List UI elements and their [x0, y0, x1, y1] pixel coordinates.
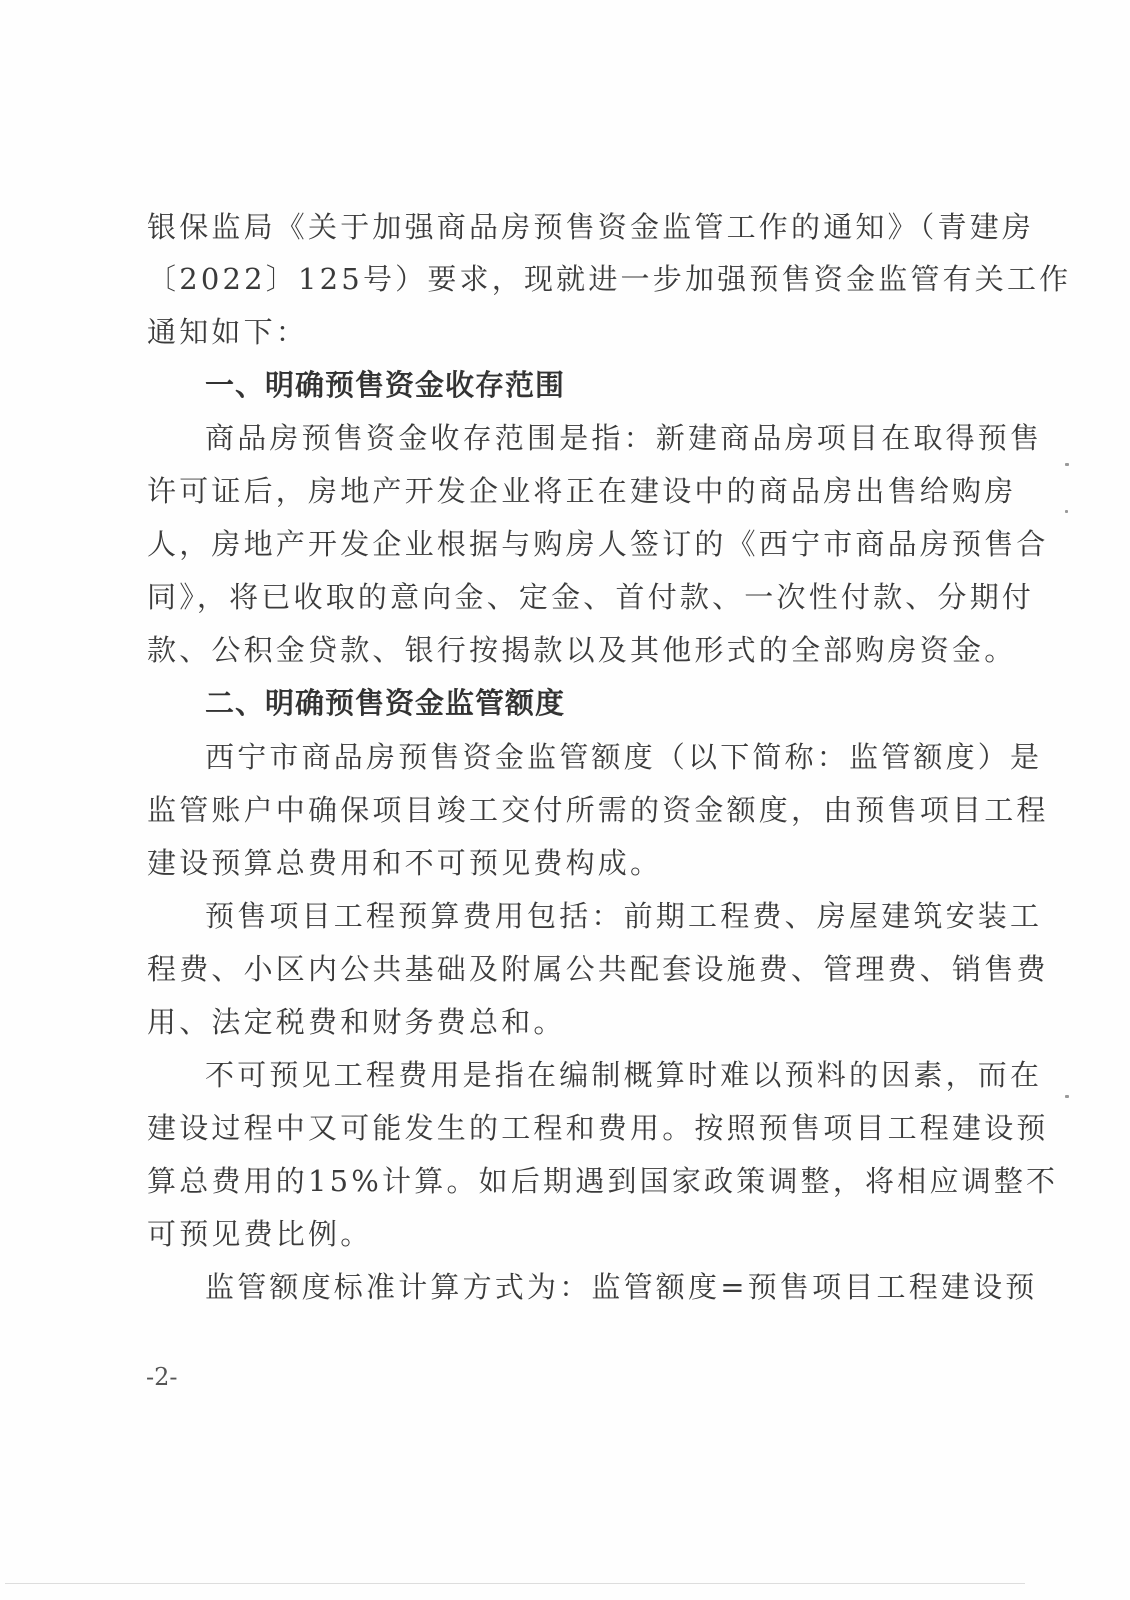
- body-line: 可预见费比例。: [147, 1214, 967, 1254]
- body-line: 款、公积金贷款、银行按揭款以及其他形式的全部购房资金。: [147, 630, 967, 670]
- body-line: 银保监局《关于加强商品房预售资金监管工作的通知》（青建房: [147, 207, 967, 247]
- body-line: 监管账户中确保项目竣工交付所需的资金额度，由预售项目工程: [147, 790, 967, 830]
- body-line: 算总费用的15%计算。如后期遇到国家政策调整，将相应调整不: [147, 1161, 967, 1201]
- body-line: 监管额度标准计算方式为：监管额度=预售项目工程建设预: [205, 1267, 967, 1307]
- body-line: 〔2022〕125号）要求，现就进一步加强预售资金监管有关工作: [147, 259, 967, 299]
- scan-speck: [1065, 463, 1069, 466]
- scan-speck: [1065, 1095, 1069, 1098]
- document-page: 银保监局《关于加强商品房预售资金监管工作的通知》（青建房 〔2022〕125号）…: [0, 0, 1130, 1600]
- scan-edge-line: [5, 1583, 1025, 1584]
- body-line: 人，房地产开发企业根据与购房人签订的《西宁市商品房预售合: [147, 524, 967, 564]
- body-line: 程费、小区内公共基础及附属公共配套设施费、管理费、销售费: [147, 949, 967, 989]
- page-number: -2-: [146, 1363, 178, 1391]
- section-heading-1: 一、明确预售资金收存范围: [205, 365, 967, 405]
- body-line: 同》，将已收取的意向金、定金、首付款、一次性付款、分期付: [147, 577, 967, 617]
- body-line: 建设预算总费用和不可预见费构成。: [147, 843, 967, 883]
- body-line: 不可预见工程费用是指在编制概算时难以预料的因素，而在: [205, 1055, 967, 1095]
- body-line: 许可证后，房地产开发企业将正在建设中的商品房出售给购房: [147, 471, 967, 511]
- body-line: 建设过程中又可能发生的工程和费用。按照预售项目工程建设预: [147, 1108, 967, 1148]
- body-line: 商品房预售资金收存范围是指：新建商品房项目在取得预售: [205, 418, 967, 458]
- section-heading-2: 二、明确预售资金监管额度: [205, 683, 967, 723]
- body-line: 西宁市商品房预售资金监管额度（以下简称：监管额度）是: [205, 737, 967, 777]
- body-line: 通知如下：: [147, 312, 967, 352]
- body-line: 用、法定税费和财务费总和。: [147, 1002, 967, 1042]
- scan-speck: [1065, 510, 1068, 513]
- body-line: 预售项目工程预算费用包括：前期工程费、房屋建筑安装工: [205, 896, 967, 936]
